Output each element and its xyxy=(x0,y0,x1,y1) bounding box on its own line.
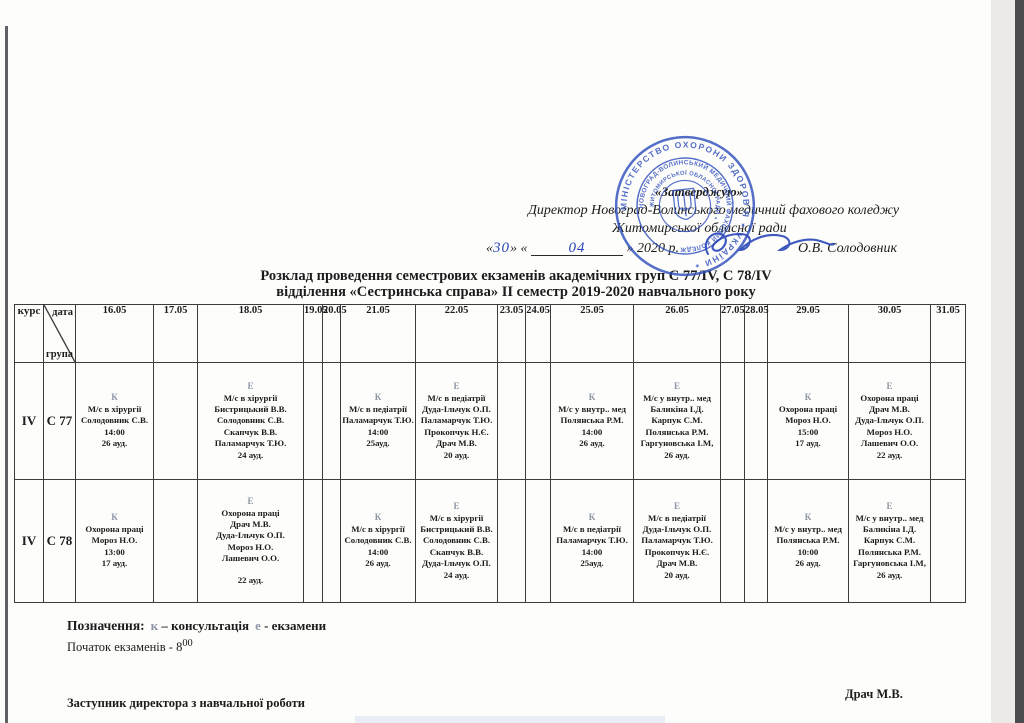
empty-cell xyxy=(745,480,768,603)
exam-cell-line: 14:00 xyxy=(341,547,415,558)
exam-text: - екзамени xyxy=(264,618,326,633)
exam-marker: е xyxy=(255,618,261,633)
date-header: 19.05 xyxy=(304,305,323,363)
exam-cell-line: 22 ауд. xyxy=(849,450,930,461)
exam-cell-line: Баликіна І.Д. xyxy=(634,404,720,415)
exam-cell-line: Солодовник С.В. xyxy=(198,415,303,426)
table-row: IVС 77КМ/с в хірургіїСолодовник С.В.14:0… xyxy=(15,363,966,480)
exam-cell-line: Карпук С.М. xyxy=(849,535,930,546)
empty-cell xyxy=(931,363,966,480)
date-header: 31.05 xyxy=(931,305,966,363)
deputy-director-label: Заступник директора з навчальної роботи xyxy=(67,696,305,711)
exam-cell: ЕОхорона праціДрач М.В.Дуда-Ільчук О.П.М… xyxy=(198,480,304,603)
date-day: 30 xyxy=(493,240,510,256)
empty-cell xyxy=(323,480,341,603)
scan-strip-bottom xyxy=(355,716,665,723)
exam-type-marker: Е xyxy=(849,501,930,513)
deputy-director-name: Драч М.В. xyxy=(845,687,903,702)
exam-cell-line: Скапчук В.В. xyxy=(198,427,303,438)
scan-edge-right xyxy=(1015,0,1024,723)
exam-cell-line: Паламарчук Т.Ю. xyxy=(634,535,720,546)
course-cell: IV xyxy=(15,363,44,480)
scan-edge-left xyxy=(5,26,8,723)
exam-cell: КОхорона праціМороз Н.О.13:0017 ауд. xyxy=(76,480,154,603)
date-header: 28.05 xyxy=(745,305,768,363)
date-header: 22.05 xyxy=(416,305,498,363)
signature-icon xyxy=(698,224,838,266)
date-label: дата xyxy=(52,307,73,318)
exam-cell-line: Паламарчук Т.Ю. xyxy=(551,535,633,546)
empty-cell xyxy=(154,480,198,603)
exam-type-marker: Е xyxy=(849,381,930,393)
signature xyxy=(698,224,838,266)
date-header: 17.05 xyxy=(154,305,198,363)
exam-cell-line: 26 ауд. xyxy=(551,438,633,449)
empty-cell xyxy=(498,480,526,603)
exam-cell-line: Прокопчук Н.Є. xyxy=(634,547,720,558)
date-group-header: датагрупа xyxy=(44,305,76,363)
date-header: 30.05 xyxy=(849,305,931,363)
empty-cell xyxy=(304,480,323,603)
exam-cell: ЕМ/с в педіатріїДуда-Ільчук О.П.Паламарч… xyxy=(634,480,721,603)
exam-type-marker: Е xyxy=(198,381,303,393)
date-month: 04 xyxy=(569,240,586,256)
exam-type-marker: К xyxy=(341,392,415,404)
exam-cell-line: М/с в педіатрії xyxy=(551,524,633,535)
group-label: група xyxy=(46,349,73,360)
scanned-document: МІНІСТЕРСТВО ОХОРОНИ ЗДОРОВ'Я ⋆ УКРАЇНИ … xyxy=(0,0,1024,723)
exam-cell-line: Охорона праці xyxy=(76,524,153,535)
exam-cell-line: Драч М.В. xyxy=(416,438,497,449)
exam-cell-line: Гаргуновська І.М, xyxy=(849,558,930,569)
exam-cell: ЕМ/с у внутр.. медБаликіна І.Д.Карпук С.… xyxy=(634,363,721,480)
exam-cell-line: М/с в педіатрії xyxy=(634,513,720,524)
exam-cell-line: 22 ауд. xyxy=(198,575,303,586)
exam-cell-line: Паламарчук Т.Ю. xyxy=(198,438,303,449)
exam-cell-line: 17 ауд. xyxy=(768,438,848,449)
exam-type-marker: К xyxy=(768,392,848,404)
exam-cell-line: Бистрицький В.В. xyxy=(416,524,497,535)
date-header: 16.05 xyxy=(76,305,154,363)
note-superscript: 00 xyxy=(182,638,192,649)
exam-type-marker: К xyxy=(76,512,153,524)
exam-type-marker: К xyxy=(551,392,633,404)
exam-cell-line: М/с в хірургії xyxy=(198,393,303,404)
exam-cell-line: Полянська Р.М. xyxy=(849,547,930,558)
legend: Позначення:к – консультаціяе - екзамени xyxy=(67,618,326,634)
exam-cell-line: Мороз Н.О. xyxy=(76,535,153,546)
exam-cell-line: Дуда-Ільчук О.П. xyxy=(849,415,930,426)
exam-type-marker: К xyxy=(551,512,633,524)
exam-cell-line: Прокопчук Н.Є. xyxy=(416,427,497,438)
exam-cell: ЕМ/с в хірургіїБистрицький В.В.Солодовни… xyxy=(198,363,304,480)
date-header: 18.05 xyxy=(198,305,304,363)
exam-cell-line: 20 ауд. xyxy=(634,570,720,581)
exam-cell-line: Драч М.В. xyxy=(849,404,930,415)
exam-cell: ЕОхорона праціДрач М.В.Дуда-Ільчук О.П.М… xyxy=(849,363,931,480)
exam-cell: КМ/с в хірургіїСолодовник С.В.14:0026 ау… xyxy=(76,363,154,480)
exam-cell-line: 14:00 xyxy=(551,547,633,558)
exam-cell: КМ/с в педіатріїПаламарчук Т.Ю.14:0025ау… xyxy=(341,363,416,480)
exam-cell-line: Охорона праці xyxy=(849,393,930,404)
exam-cell-line: Солодовник С.В. xyxy=(416,535,497,546)
exam-cell: КМ/с у внутр.. медПолянська Р.М.14:0026 … xyxy=(551,363,634,480)
date-header: 20.05 xyxy=(323,305,341,363)
exam-cell-line: 26 ауд. xyxy=(76,438,153,449)
empty-cell xyxy=(721,480,745,603)
exam-type-marker: Е xyxy=(634,501,720,513)
date-quote-close: » « xyxy=(510,241,528,256)
date-month-blank: 04 xyxy=(531,242,623,256)
exam-cell-line: М/с в педіатрії xyxy=(341,404,415,415)
course-header: курс xyxy=(15,305,44,363)
empty-cell xyxy=(745,363,768,480)
note-text: Початок екзаменів - 8 xyxy=(67,640,182,654)
exam-cell-line: 20 ауд. xyxy=(416,450,497,461)
exam-cell-line: Лашевич О.О. xyxy=(849,438,930,449)
exam-cell-line: Полянська Р.М. xyxy=(634,427,720,438)
exam-cell-line: 13:00 xyxy=(76,547,153,558)
exam-cell-line: Бистрицький В.В. xyxy=(198,404,303,415)
empty-cell xyxy=(498,363,526,480)
consult-marker: к xyxy=(151,618,159,633)
exam-cell-line: Драч М.В. xyxy=(634,558,720,569)
exam-cell-line: 26 ауд. xyxy=(341,558,415,569)
exam-cell-line: 15:00 xyxy=(768,427,848,438)
exam-type-marker: Е xyxy=(416,501,497,513)
exam-cell-line: Солодовник С.В. xyxy=(76,415,153,426)
exam-cell-line: Дуда-Ільчук О.П. xyxy=(416,558,497,569)
exam-cell-line: 24 ауд. xyxy=(416,570,497,581)
group-cell: С 77 xyxy=(44,363,76,480)
consult-text: – консультація xyxy=(161,618,249,633)
exam-cell-line: Дуда-Ільчук О.П. xyxy=(198,530,303,541)
course-cell: IV xyxy=(15,480,44,603)
empty-cell xyxy=(931,480,966,603)
empty-cell xyxy=(721,363,745,480)
document-title: Розклад проведення семестрових екзаменів… xyxy=(166,268,866,300)
exam-cell-line xyxy=(198,565,303,575)
exam-cell-line: Гаргуновська І.М, xyxy=(634,438,720,449)
legend-label: Позначення: xyxy=(67,618,145,633)
exam-cell-line: М/с в хірургії xyxy=(76,404,153,415)
exam-cell: КОхорона праціМороз Н.О.15:0017 ауд. xyxy=(768,363,849,480)
exam-cell-line: М/с в педіатрії xyxy=(416,393,497,404)
exam-cell-line: Полянська Р.М. xyxy=(768,535,848,546)
empty-cell xyxy=(526,363,551,480)
date-header: 29.05 xyxy=(768,305,849,363)
exam-cell-line: Солодовник С.В. xyxy=(341,535,415,546)
exam-cell-line: Мороз Н.О. xyxy=(768,415,848,426)
exam-cell: КМ/с в педіатріїПаламарчук Т.Ю.14:0025ау… xyxy=(551,480,634,603)
exam-cell-line: 14:00 xyxy=(341,427,415,438)
empty-cell xyxy=(526,480,551,603)
exam-cell-line: 26 ауд. xyxy=(634,450,720,461)
exam-cell-line: Мороз Н.О. xyxy=(198,542,303,553)
exam-cell-line: Лашевич О.О. xyxy=(198,553,303,564)
exam-start-note: Початок екзаменів - 800 xyxy=(67,638,193,655)
date-header: 23.05 xyxy=(498,305,526,363)
date-header: 21.05 xyxy=(341,305,416,363)
exam-cell-line: Баликіна І.Д. xyxy=(849,524,930,535)
exam-cell-line: 26 ауд. xyxy=(849,570,930,581)
empty-cell xyxy=(304,363,323,480)
exam-cell-line: 25ауд. xyxy=(551,558,633,569)
schedule-table: курсдатагрупа16.0517.0518.0519.0520.0521… xyxy=(14,304,966,603)
exam-cell: ЕМ/с в педіатріїДуда-Ільчук О.П.Паламарч… xyxy=(416,363,498,480)
exam-cell-line: 14:00 xyxy=(76,427,153,438)
exam-type-marker: К xyxy=(341,512,415,524)
exam-cell-line: Дуда-Ільчук О.П. xyxy=(634,524,720,535)
date-quote-open: « xyxy=(486,241,493,256)
exam-cell-line: М/с у внутр.. мед xyxy=(849,513,930,524)
exam-cell-line: 17 ауд. xyxy=(76,558,153,569)
empty-cell xyxy=(154,363,198,480)
exam-cell-line: 25ауд. xyxy=(341,438,415,449)
exam-cell-line: Драч М.В. xyxy=(198,519,303,530)
exam-cell-line: Полянська Р.М. xyxy=(551,415,633,426)
date-header: 24.05 xyxy=(526,305,551,363)
exam-cell-line: М/с у внутр.. мед xyxy=(551,404,633,415)
exam-cell-line: Скапчук В.В. xyxy=(416,547,497,558)
exam-cell-line: 24 ауд. xyxy=(198,450,303,461)
date-header: 25.05 xyxy=(551,305,634,363)
exam-cell-line: М/с в хірургії xyxy=(416,513,497,524)
exam-cell-line: Паламарчук Т.Ю. xyxy=(416,415,497,426)
trident-icon xyxy=(673,188,697,220)
title-line-2: відділення «Сестринська справа» ІІ семес… xyxy=(166,284,866,300)
exam-cell-line: М/с в хірургії xyxy=(341,524,415,535)
exam-cell-line: 26 ауд. xyxy=(768,558,848,569)
exam-cell: КМ/с в хірургіїСолодовник С.В.14:0026 ау… xyxy=(341,480,416,603)
empty-cell xyxy=(323,363,341,480)
exam-type-marker: К xyxy=(76,392,153,404)
exam-type-marker: К xyxy=(768,512,848,524)
exam-cell-line: Мороз Н.О. xyxy=(849,427,930,438)
exam-cell: ЕМ/с в хірургіїБистрицький В.В.Солодовни… xyxy=(416,480,498,603)
exam-cell-line: М/с у внутр.. мед xyxy=(768,524,848,535)
exam-cell-line: М/с у внутр.. мед xyxy=(634,393,720,404)
exam-cell-line: 14:00 xyxy=(551,427,633,438)
exam-cell-line: Дуда-Ільчук О.П. xyxy=(416,404,497,415)
exam-type-marker: Е xyxy=(198,496,303,508)
exam-cell-line: Охорона праці xyxy=(198,508,303,519)
exam-type-marker: Е xyxy=(416,381,497,393)
date-header: 27.05 xyxy=(721,305,745,363)
exam-type-marker: Е xyxy=(634,381,720,393)
exam-cell: КМ/с у внутр.. медПолянська Р.М.10:0026 … xyxy=(768,480,849,603)
scan-strip-right xyxy=(991,0,1016,723)
group-cell: С 78 xyxy=(44,480,76,603)
exam-cell: ЕМ/с у внутр.. медБаликіна І.Д.Карпук С.… xyxy=(849,480,931,603)
exam-cell-line: Карпук С.М. xyxy=(634,415,720,426)
exam-cell-line: 10:00 xyxy=(768,547,848,558)
table-row: IVС 78КОхорона праціМороз Н.О.13:0017 ау… xyxy=(15,480,966,603)
exam-cell-line: Паламарчук Т.Ю. xyxy=(341,415,415,426)
exam-cell-line: Охорона праці xyxy=(768,404,848,415)
date-header: 26.05 xyxy=(634,305,721,363)
